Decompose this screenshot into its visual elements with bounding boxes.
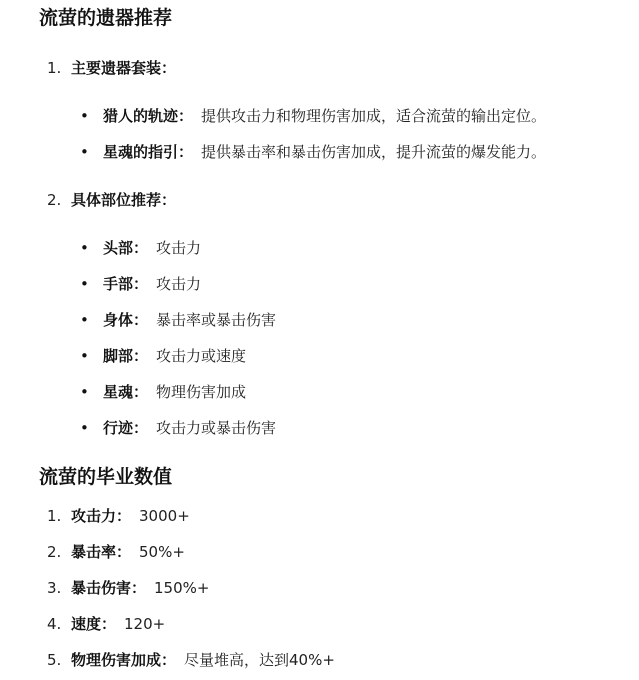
list-value: 150%+ — [154, 579, 209, 597]
list-label: 物理伤害加成： — [71, 651, 176, 669]
list-item-slot-trace: •行迹：攻击力或暴击伤害 — [80, 418, 276, 438]
list-value: 50%+ — [139, 543, 185, 561]
list-label: 主要遗器套装： — [71, 59, 176, 77]
list-value: 3000+ — [139, 507, 190, 525]
list-value: 尽量堆高，达到40%+ — [184, 651, 335, 669]
list-item-stat-phys-dmg: 5.物理伤害加成：尽量堆高，达到40%+ — [47, 650, 335, 670]
list-number: 2. — [47, 542, 71, 562]
list-item-slot-feet: •脚部：攻击力或速度 — [80, 346, 246, 366]
list-value: 攻击力或暴击伤害 — [156, 419, 276, 437]
list-item-slot-recommendations: 2.具体部位推荐： — [47, 190, 176, 210]
list-label: 暴击伤害： — [71, 579, 146, 597]
list-number: 1. — [47, 506, 71, 526]
list-number: 3. — [47, 578, 71, 598]
list-item-stat-crit-rate: 2.暴击率：50%+ — [47, 542, 185, 562]
list-number: 4. — [47, 614, 71, 634]
list-item-set-hunter: •猎人的轨迹：提供攻击力和物理伤害加成，适合流萤的输出定位。 — [80, 106, 546, 126]
list-item-slot-hands: •手部：攻击力 — [80, 274, 201, 294]
bullet-icon: • — [80, 382, 103, 402]
list-value: 物理伤害加成 — [156, 383, 246, 401]
bullet-icon: • — [80, 106, 103, 126]
list-item-slot-body: •身体：暴击率或暴击伤害 — [80, 310, 276, 330]
list-value: 提供暴击率和暴击伤害加成，提升流萤的爆发能力。 — [201, 143, 546, 161]
list-label: 星魂： — [103, 383, 148, 401]
list-item-stat-speed: 4.速度：120+ — [47, 614, 165, 634]
list-item-stat-atk: 1.攻击力：3000+ — [47, 506, 190, 526]
bullet-icon: • — [80, 238, 103, 258]
list-item-main-sets: 1.主要遗器套装： — [47, 58, 176, 78]
list-value: 提供攻击力和物理伤害加成，适合流萤的输出定位。 — [201, 107, 546, 125]
bullet-icon: • — [80, 274, 103, 294]
list-label: 头部： — [103, 239, 148, 257]
list-label: 身体： — [103, 311, 148, 329]
list-item-slot-starsoul: •星魂：物理伤害加成 — [80, 382, 246, 402]
list-label: 猎人的轨迹： — [103, 107, 193, 125]
list-label: 具体部位推荐： — [71, 191, 176, 209]
section-title-stats: 流萤的毕业数值 — [39, 465, 172, 489]
list-label: 手部： — [103, 275, 148, 293]
list-value: 攻击力 — [156, 239, 201, 257]
bullet-icon: • — [80, 142, 103, 162]
list-value: 暴击率或暴击伤害 — [156, 311, 276, 329]
bullet-icon: • — [80, 346, 103, 366]
list-label: 星魂的指引： — [103, 143, 193, 161]
list-number: 1. — [47, 58, 71, 78]
list-label: 暴击率： — [71, 543, 131, 561]
list-item-stat-crit-dmg: 3.暴击伤害：150%+ — [47, 578, 209, 598]
list-value: 120+ — [124, 615, 165, 633]
list-item-set-starsoul: •星魂的指引：提供暴击率和暴击伤害加成，提升流萤的爆发能力。 — [80, 142, 546, 162]
list-label: 行迹： — [103, 419, 148, 437]
list-label: 攻击力： — [71, 507, 131, 525]
list-number: 5. — [47, 650, 71, 670]
list-label: 脚部： — [103, 347, 148, 365]
list-value: 攻击力 — [156, 275, 201, 293]
list-number: 2. — [47, 190, 71, 210]
list-item-slot-head: •头部：攻击力 — [80, 238, 201, 258]
section-title-relics: 流萤的遗器推荐 — [39, 6, 172, 30]
list-label: 速度： — [71, 615, 116, 633]
list-value: 攻击力或速度 — [156, 347, 246, 365]
bullet-icon: • — [80, 310, 103, 330]
bullet-icon: • — [80, 418, 103, 438]
